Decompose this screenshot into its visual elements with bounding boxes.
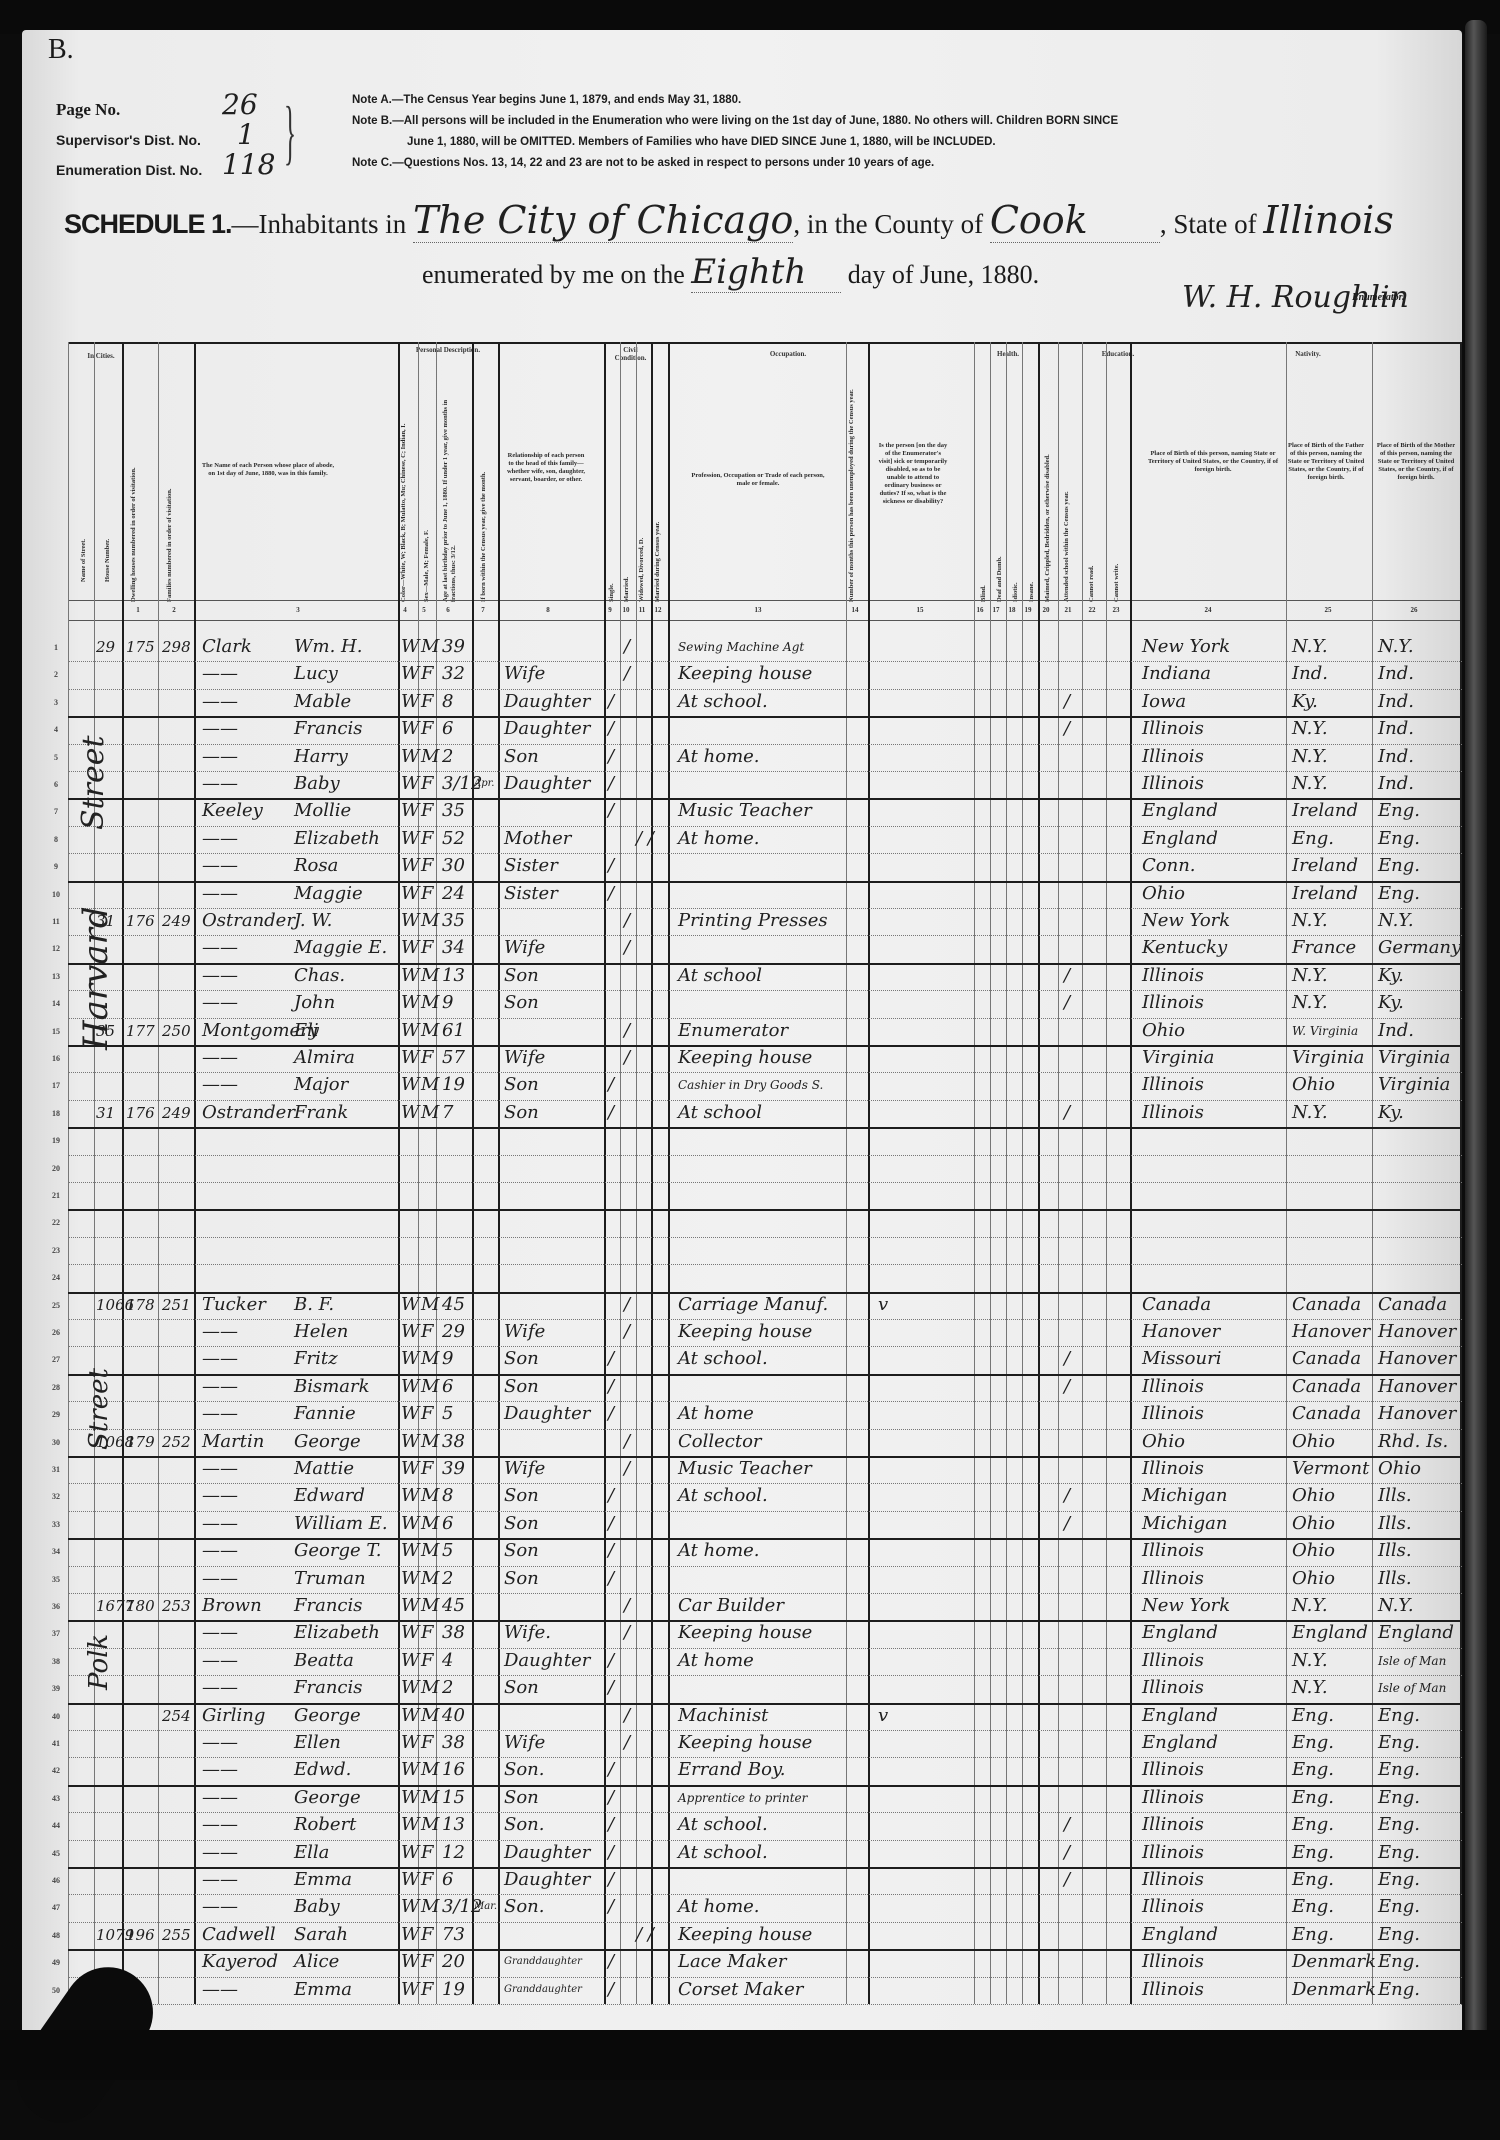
father-birthplace: N.Y. [1292, 1593, 1328, 1623]
father-birthplace: Vermont [1292, 1456, 1369, 1486]
color: W [401, 1730, 420, 1760]
color: W [401, 1620, 420, 1650]
col-number-occupation: 13 [750, 606, 766, 614]
census-row: ——BabyWF3/12Apr.Daughter/IllinoisN.Y.Ind… [68, 771, 1462, 798]
row-number-left: 28 [48, 1383, 64, 1392]
school-mark: / [1064, 1812, 1070, 1842]
color: W [401, 826, 420, 856]
census-row: ——MableWF8Daughter/At school./IowaKy.Ind… [68, 689, 1462, 716]
color: W [401, 1593, 420, 1623]
surname: —— [202, 1648, 238, 1678]
surname: —— [202, 716, 238, 746]
col-head-months-unemployed: Number of months this person has been un… [848, 382, 866, 602]
color: W [401, 1538, 420, 1568]
mother-birthplace: Rhd. Is. [1378, 1429, 1448, 1459]
sex: M [421, 1785, 439, 1815]
married-mark: / [624, 1319, 630, 1349]
father-birthplace: Canada [1292, 1374, 1361, 1404]
census-row: KayerodAliceWF20Granddaughter/Lace Maker… [68, 1949, 1462, 1976]
mother-birthplace: Eng. [1378, 853, 1420, 883]
color: W [401, 1812, 420, 1842]
given-name: Harry [294, 744, 348, 774]
mother-birthplace: Ills. [1378, 1483, 1412, 1513]
age: 13 [442, 963, 465, 993]
given-name: Mollie [294, 798, 351, 828]
mother-birthplace: Eng. [1378, 1757, 1420, 1787]
col-number-mother: 26 [1406, 606, 1422, 614]
birthplace: Illinois [1142, 1977, 1204, 2007]
street-name-harvard: Harvard [76, 906, 116, 1050]
age: 52 [442, 826, 465, 856]
county-label: , in the County of [793, 209, 983, 239]
surname: —— [202, 1757, 238, 1787]
dwelling-number: 179 [126, 1429, 155, 1459]
sex: M [421, 1538, 439, 1568]
father-birthplace: Eng. [1292, 1867, 1334, 1897]
sex: M [421, 1812, 439, 1842]
surname: —— [202, 1894, 238, 1924]
father-birthplace: Eng. [1292, 1894, 1334, 1924]
mother-birthplace: Ind. [1378, 771, 1414, 801]
birthplace: Illinois [1142, 1648, 1204, 1678]
single-mark: / [608, 1648, 614, 1678]
relationship: Son. [504, 1894, 544, 1924]
dwelling-number: 178 [126, 1292, 155, 1322]
occupation: Apprentice to printer [678, 1785, 807, 1815]
relationship: Son [504, 1511, 539, 1541]
surname: —— [202, 1730, 238, 1760]
row-number-left: 43 [48, 1794, 64, 1803]
sex: M [421, 1894, 439, 1924]
single-mark: / [608, 881, 614, 911]
surname: —— [202, 661, 238, 691]
given-name: Elizabeth [294, 1620, 380, 1650]
relationship: Granddaughter [504, 1977, 582, 2007]
census-row: ——AlmiraWF57Wife/Keeping houseVirginiaVi… [68, 1045, 1462, 1072]
mother-birthplace: Eng. [1378, 1894, 1420, 1924]
occupation: Music Teacher [678, 798, 812, 828]
col-number-rule-bottom [68, 620, 1462, 621]
sex: M [421, 1100, 439, 1130]
father-birthplace: Ind. [1292, 661, 1328, 691]
occupation: At home [678, 1401, 754, 1431]
occupation: Printing Presses [678, 908, 828, 938]
age: 45 [442, 1292, 465, 1322]
street-name-polk: Polk [84, 1634, 114, 1690]
census-row: ——William E.WM6Son//MichiganOhioIlls. [68, 1511, 1462, 1538]
relationship: Daughter [504, 771, 590, 801]
birthplace: Illinois [1142, 1401, 1204, 1431]
col-number-write: 23 [1108, 606, 1124, 614]
relationship: Daughter [504, 716, 590, 746]
married-mark: / [624, 661, 630, 691]
occupation: Keeping house [678, 1045, 812, 1075]
relationship: Wife [504, 661, 545, 691]
birthplace: Illinois [1142, 1812, 1204, 1842]
relationship: Son [504, 990, 539, 1020]
color: W [401, 1757, 420, 1787]
mother-birthplace: Virginia [1378, 1072, 1450, 1102]
mother-birthplace: Eng. [1378, 798, 1420, 828]
single-mark: / [608, 771, 614, 801]
row-number-left: 24 [48, 1273, 64, 1282]
sex: F [421, 1620, 434, 1650]
father-birthplace: Eng. [1292, 1922, 1334, 1952]
note-b-line1: Note B.—All persons will be included in … [352, 111, 1452, 132]
occupation: Keeping house [678, 1922, 812, 1952]
sex: F [421, 1730, 434, 1760]
col-head-relationship: Relationship of each person to the head … [506, 452, 586, 484]
birthplace: Illinois [1142, 1840, 1204, 1870]
street-name-stock: Street [76, 735, 111, 830]
occupation: Keeping house [678, 661, 812, 691]
scan-bottom-edge [0, 2030, 1500, 2080]
row-number-left: 36 [48, 1602, 64, 1611]
father-birthplace: Ohio [1292, 1429, 1335, 1459]
age: 2 [442, 744, 453, 774]
mother-birthplace: Hanover [1378, 1401, 1456, 1431]
father-birthplace: Ohio [1292, 1483, 1335, 1513]
married-mark: / [624, 1730, 630, 1760]
age: 2 [442, 1675, 453, 1705]
census-row: ——Edwd.WM16Son./Errand Boy.IllinoisEng.E… [68, 1757, 1462, 1784]
surname: Kayerod [202, 1949, 278, 1979]
mother-birthplace: Eng. [1378, 1977, 1420, 2007]
age: 38 [442, 1730, 465, 1760]
surname: —— [202, 689, 238, 719]
given-name: Emma [294, 1977, 352, 2007]
row-number-left: 22 [48, 1218, 64, 1227]
supervisor-dist-label: Supervisor's Dist. No. [56, 132, 201, 148]
birthplace: England [1142, 1703, 1218, 1733]
age: 57 [442, 1045, 465, 1075]
birth-month: Mar. [474, 1894, 497, 1924]
given-name: Edward [294, 1483, 365, 1513]
census-row: ——BabyWM3/12Mar.Son./At home.IllinoisEng… [68, 1894, 1462, 1921]
surname: —— [202, 1785, 238, 1815]
col-head-cannot-write: Cannot write. [1113, 512, 1123, 602]
col-head-sick: Is the person [on the day of the Enumera… [878, 442, 948, 506]
color: W [401, 1949, 420, 1979]
father-birthplace: England [1292, 1620, 1368, 1650]
enumerated-line: enumerated by me on the Eighth day of Ju… [422, 252, 1039, 293]
birthplace: Kentucky [1142, 935, 1227, 965]
col-head-attended-school: Attended school within the Census year. [1063, 402, 1073, 602]
census-row: KeeleyMollieWF35/Music TeacherEnglandIre… [68, 798, 1462, 825]
relationship: Daughter [504, 1401, 590, 1431]
school-mark: / [1064, 1346, 1070, 1376]
occupation: At school [678, 1100, 762, 1130]
father-birthplace: Ireland [1292, 881, 1358, 911]
row-number-left: 20 [48, 1164, 64, 1173]
occupation: At school. [678, 1812, 768, 1842]
row-number-left: 17 [48, 1081, 64, 1090]
school-mark: / [1064, 963, 1070, 993]
sex: M [421, 963, 439, 993]
school-mark: / [1064, 1840, 1070, 1870]
father-birthplace: Eng. [1292, 1785, 1334, 1815]
surname: —— [202, 1319, 238, 1349]
age: 9 [442, 990, 453, 1020]
row-number-left: 45 [48, 1849, 64, 1858]
row-number-left: 14 [48, 999, 64, 1008]
mother-birthplace: Ky. [1378, 963, 1404, 993]
census-row: 1079196255CadwellSarahWF73/ /Keeping hou… [68, 1922, 1462, 1949]
census-row: 35177250MontgomeryEliWM61/EnumeratorOhio… [68, 1018, 1462, 1045]
school-mark: / [1064, 1374, 1070, 1404]
sex: M [421, 1593, 439, 1623]
enumeration-dist-label: Enumeration Dist. No. [56, 162, 202, 178]
birthplace: Illinois [1142, 771, 1204, 801]
row-number-left: 39 [48, 1684, 64, 1693]
col-head-age: Age at last birthday prior to June 1, 18… [442, 382, 464, 602]
census-row: ——MajorWM19Son/Cashier in Dry Goods S.Il… [68, 1072, 1462, 1099]
birthplace: Ohio [1142, 1429, 1185, 1459]
single-mark: / [608, 798, 614, 828]
married-mark: / [624, 1593, 630, 1623]
age: 30 [442, 853, 465, 883]
census-row: ——Maggie E.WF34Wife/KentuckyFranceGerman… [68, 935, 1462, 962]
given-name: George [294, 1785, 361, 1815]
color: W [401, 881, 420, 911]
row-number-left: 2 [48, 670, 64, 679]
dwelling-number: 180 [126, 1593, 155, 1623]
age: 19 [442, 1072, 465, 1102]
col-head-house-number: House Number. [104, 402, 116, 582]
occupation: Keeping house [678, 1319, 812, 1349]
given-name: George T. [294, 1538, 381, 1568]
age: 20 [442, 1949, 465, 1979]
state-label: , State of [1160, 209, 1257, 239]
color: W [401, 1511, 420, 1541]
mother-birthplace: Isle of Man [1378, 1675, 1446, 1705]
relationship: Daughter [504, 1840, 590, 1870]
age: 35 [442, 798, 465, 828]
row-number-left: 33 [48, 1520, 64, 1529]
occupation: Keeping house [678, 1730, 812, 1760]
ledger-binding [1465, 20, 1487, 2070]
col-number-dwelling: 1 [130, 606, 146, 614]
birthplace: Illinois [1142, 1675, 1204, 1705]
birthplace: Illinois [1142, 716, 1204, 746]
sex: F [421, 716, 434, 746]
surname: —— [202, 1812, 238, 1842]
birthplace: Virginia [1142, 1045, 1214, 1075]
mother-birthplace: Isle of Man [1378, 1648, 1446, 1678]
relationship: Granddaughter [504, 1949, 582, 1979]
surname: —— [202, 1045, 238, 1075]
given-name: Elizabeth [294, 826, 380, 856]
sex: M [421, 1675, 439, 1705]
sex: F [421, 798, 434, 828]
row-number-left: 23 [48, 1246, 64, 1255]
house-number: 31 [96, 1100, 115, 1130]
given-name: Baby [294, 1894, 340, 1924]
color: W [401, 1922, 420, 1952]
dwelling-number: 176 [126, 908, 155, 938]
family-number: 255 [162, 1922, 191, 1952]
color: W [401, 990, 420, 1020]
occupation: At home. [678, 1894, 760, 1924]
mother-birthplace: Ind. [1378, 716, 1414, 746]
group-health: Health. [948, 350, 1068, 358]
given-name: Bismark [294, 1374, 370, 1404]
occupation: Corset Maker [678, 1977, 803, 2007]
surname: —— [202, 771, 238, 801]
color: W [401, 1045, 420, 1075]
census-row: 31176249OstranderJ. W.WM35/Printing Pres… [68, 908, 1462, 935]
color: W [401, 1867, 420, 1897]
age: 34 [442, 935, 465, 965]
row-number-left: 29 [48, 1410, 64, 1419]
state-value: Illinois [1263, 198, 1393, 242]
father-birthplace: Ireland [1292, 853, 1358, 883]
age: 40 [442, 1703, 465, 1733]
sex: F [421, 1977, 434, 2007]
surname: —— [202, 963, 238, 993]
surname: —— [202, 1867, 238, 1897]
birthplace: Conn. [1142, 853, 1196, 883]
widowed-mark: / / [636, 1922, 654, 1952]
surname: —— [202, 881, 238, 911]
given-name: Maggie E. [294, 935, 387, 965]
census-row: ——GeorgeWM15Son/Apprentice to printerIll… [68, 1785, 1462, 1812]
occupation: Cashier in Dry Goods S. [678, 1072, 823, 1102]
sex: F [421, 689, 434, 719]
color: W [401, 1100, 420, 1130]
census-row: ——JohnWM9Son/IllinoisN.Y.Ky. [68, 990, 1462, 1017]
single-mark: / [608, 1977, 614, 2007]
single-mark: / [608, 1538, 614, 1568]
age: 7 [442, 1100, 453, 1130]
row-number-left: 11 [48, 917, 64, 926]
father-birthplace: N.Y. [1292, 716, 1328, 746]
sex: F [421, 1456, 434, 1486]
birthplace: Missouri [1142, 1346, 1221, 1376]
single-mark: / [608, 1949, 614, 1979]
row-number-left: 1 [48, 643, 64, 652]
occupation: At home. [678, 826, 760, 856]
mother-birthplace: Hanover [1378, 1374, 1456, 1404]
single-mark: / [608, 1511, 614, 1541]
row-number-left: 35 [48, 1575, 64, 1584]
relationship: Sister [504, 853, 558, 883]
birthplace: Illinois [1142, 1456, 1204, 1486]
given-name: Emma [294, 1867, 352, 1897]
page-no-value: 26 [222, 88, 258, 121]
occupation: At home. [678, 744, 760, 774]
single-mark: / [608, 1867, 614, 1897]
sex: M [421, 1018, 439, 1048]
row-number-left: 12 [48, 944, 64, 953]
row-number-left: 27 [48, 1355, 64, 1364]
given-name: Truman [294, 1566, 366, 1596]
relationship: Son [504, 1675, 539, 1705]
relationship: Son. [504, 1812, 544, 1842]
row-number-left: 50 [48, 1986, 64, 1995]
census-row: 254GirlingGeorgeWM40/MachinistvEnglandEn… [68, 1703, 1462, 1730]
birthplace: Illinois [1142, 1072, 1204, 1102]
color: W [401, 908, 420, 938]
given-name: Chas. [294, 963, 345, 993]
surname: Cadwell [202, 1922, 276, 1952]
col-number-birth: 24 [1200, 606, 1216, 614]
birthplace: Illinois [1142, 990, 1204, 1020]
single-mark: / [608, 689, 614, 719]
surname: —— [202, 1538, 238, 1568]
row-number-left: 49 [48, 1958, 64, 1967]
age: 6 [442, 1374, 453, 1404]
school-mark: / [1064, 990, 1070, 1020]
single-mark: / [608, 1072, 614, 1102]
relationship: Wife [504, 1045, 545, 1075]
given-name: Frank [294, 1100, 348, 1130]
surname: Tucker [202, 1292, 266, 1322]
mother-birthplace: England [1378, 1620, 1454, 1650]
mother-birthplace: Ohio [1378, 1456, 1421, 1486]
married-mark: / [624, 1456, 630, 1486]
father-birthplace: N.Y. [1292, 771, 1328, 801]
row-number-left: 42 [48, 1766, 64, 1775]
scan-top-edge [0, 0, 1500, 34]
mother-birthplace: Eng. [1378, 1785, 1420, 1815]
given-name: Lucy [294, 661, 338, 691]
group-civil: Civil Condition. [608, 346, 653, 362]
col-number-month: 7 [475, 606, 491, 614]
mother-birthplace: Canada [1378, 1292, 1447, 1322]
census-row: ——RobertWM13Son./At school./IllinoisEng.… [68, 1812, 1462, 1839]
birthplace: New York [1142, 908, 1230, 938]
census-row: ——ElizabethWF52Mother/ /At home.EnglandE… [68, 826, 1462, 853]
sex: F [421, 771, 434, 801]
surname: —— [202, 1675, 238, 1705]
row-number-left: 7 [48, 807, 64, 816]
color: W [401, 661, 420, 691]
married-mark: / [624, 935, 630, 965]
birthplace: Indiana [1142, 661, 1211, 691]
age: 6 [442, 1867, 453, 1897]
single-mark: / [608, 1100, 614, 1130]
census-row: ——EdwardWM8Son/At school./MichiganOhioIl… [68, 1483, 1462, 1510]
census-row [68, 1155, 1462, 1182]
color: W [401, 716, 420, 746]
birthplace: England [1142, 798, 1218, 828]
married-mark: / [624, 1429, 630, 1459]
col-head-idiotic: Idiotic. [1012, 532, 1022, 602]
census-row: ——Chas.WM13SonAt school/IllinoisN.Y.Ky. [68, 963, 1462, 990]
married-mark: / [624, 1703, 630, 1733]
census-row: ——MaggieWF24Sister/OhioIrelandEng. [68, 881, 1462, 908]
census-row: ——BismarkWM6Son//IllinoisCanadaHanover [68, 1374, 1462, 1401]
inhabitants-label: —Inhabitants in [232, 209, 407, 239]
relationship: Wife [504, 935, 545, 965]
school-mark: / [1064, 716, 1070, 746]
dwelling-number: 175 [126, 634, 155, 664]
color: W [401, 798, 420, 828]
father-birthplace: N.Y. [1292, 634, 1328, 664]
birthplace: Illinois [1142, 963, 1204, 993]
mother-birthplace: N.Y. [1378, 1593, 1414, 1623]
given-name: George [294, 1429, 361, 1459]
place-value: The City of Chicago [413, 198, 793, 243]
color: W [401, 1018, 420, 1048]
col-head-occupation: Profession, Occupation or Trade of each … [688, 472, 828, 488]
surname: —— [202, 1620, 238, 1650]
age: 16 [442, 1757, 465, 1787]
surname: Martin [202, 1429, 264, 1459]
occupation: Enumerator [678, 1018, 788, 1048]
dwelling-number: 196 [126, 1922, 155, 1952]
